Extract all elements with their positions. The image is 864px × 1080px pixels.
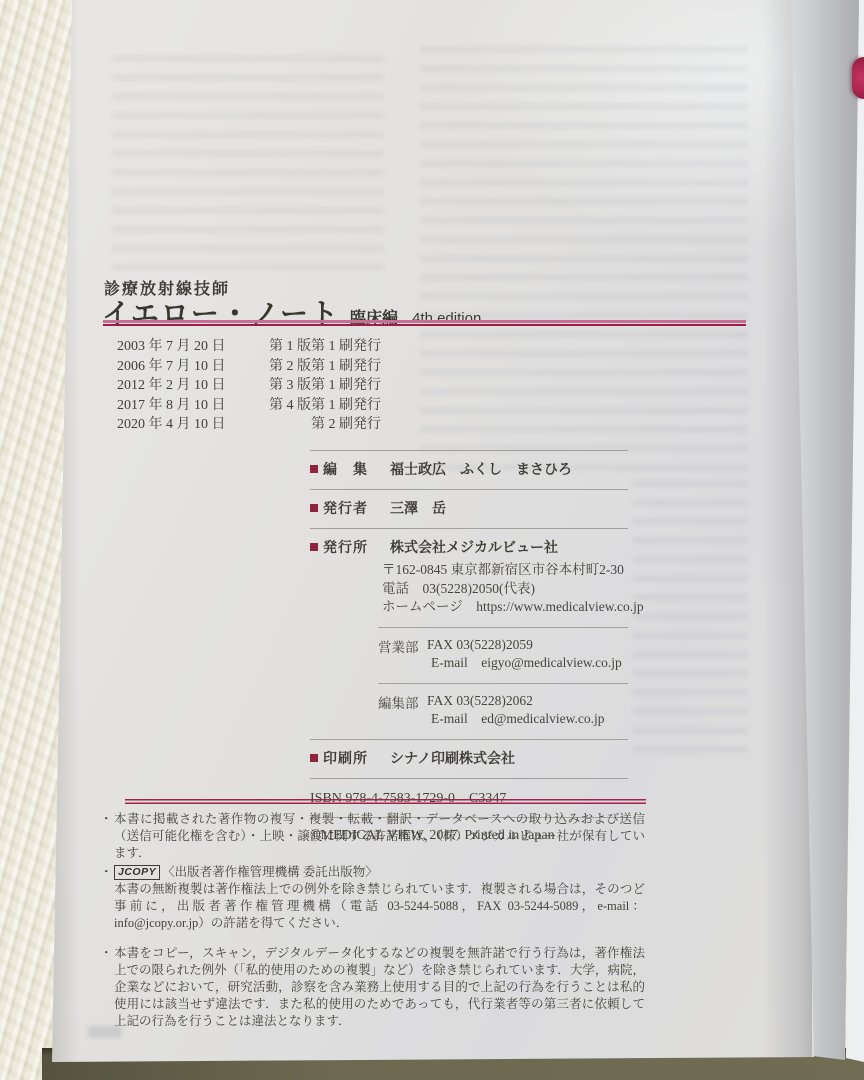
sales-dept-row: 営業部 FAX 03(5228)2059 E-mail eigyo@medica… xyxy=(310,627,628,683)
printer-row: 印刷所 シナノ印刷株式会社 xyxy=(310,739,628,778)
square-bullet-icon xyxy=(310,465,318,473)
square-bullet-icon xyxy=(310,504,318,512)
jcopy-badge: JCOPY xyxy=(114,865,160,880)
square-bullet-icon xyxy=(310,543,318,551)
square-bullet-icon xyxy=(310,754,318,762)
cover-accent-blob xyxy=(852,57,864,99)
publisher-phone: 電話 03(5228)2050(代表) xyxy=(382,580,628,599)
publisher-address: 〒162-0845 東京都新宿区市谷本村町2-30 xyxy=(382,561,628,580)
notice-2-head: 〈出版者著作権管理機構 委託出版物〉 xyxy=(162,865,378,879)
print-history-row: 2006 年 7 月 10 日 第 2 版第 1 刷発行 xyxy=(117,357,381,377)
title-double-rule xyxy=(103,320,746,327)
print-history-row: 2012 年 2 月 10 日 第 3 版第 1 刷発行 xyxy=(117,376,381,396)
notice-3-text: 本書をコピー，スキャン，デジタルデータ化するなどの複製を無許諾で行う行為は，著作… xyxy=(114,946,645,1028)
print-history-row: 2003 年 7 月 20 日 第 1 版第 1 刷発行 xyxy=(117,337,381,357)
publisher-details: 〒162-0845 東京都新宿区市谷本村町2-30 電話 03(5228)205… xyxy=(382,561,628,617)
sales-email: E-mail eigyo@medicalview.co.jp xyxy=(427,654,622,673)
sales-fax: FAX 03(5228)2059 xyxy=(427,636,622,655)
book-page: 診療放射線技師 イエロー・ノート 臨床編 4th edition 2003 年 … xyxy=(0,0,864,1080)
notice-2: ・ JCOPY〈出版者著作権管理機構 委託出版物〉 本書の無断複製は著作権法上で… xyxy=(100,864,645,932)
notice-1: ・ 本書に掲載された著作物の複写・複製・転載・翻訳・データベースへの取り込みおよ… xyxy=(100,811,645,862)
editor-row: 編 集 福士政広 ふくし まさひろ xyxy=(310,450,628,489)
print-history-row: 2017 年 8 月 10 日 第 4 版第 1 刷発行 xyxy=(117,396,381,416)
editorial-fax: FAX 03(5228)2062 xyxy=(427,692,605,711)
notices-section: ・ 本書に掲載された著作物の複写・複製・転載・翻訳・データベースへの取り込みおよ… xyxy=(100,811,645,1032)
notice-2-body: 本書の無断複製は著作権法上での例外を除き禁じられています．複製される場合は，その… xyxy=(114,881,645,932)
colophon-page-content: 診療放射線技師 イエロー・ノート 臨床編 4th edition 2003 年 … xyxy=(0,0,864,1080)
print-history: 2003 年 7 月 20 日 第 1 版第 1 刷発行 2006 年 7 月 … xyxy=(117,337,381,435)
notice-3: ・ 本書をコピー，スキャン，デジタルデータ化するなどの複製を無許諾で行う行為は，… xyxy=(100,945,645,1030)
publisher-homepage: ホームページ https://www.medicalview.co.jp xyxy=(382,598,628,617)
print-history-row: 2020 年 4 月 10 日 第 2 刷発行 xyxy=(117,415,381,435)
publisher-row: 発行所 株式会社メジカルビュー社 〒162-0845 東京都新宿区市谷本村町2-… xyxy=(310,528,628,627)
issuer-row: 発行者 三澤 岳 xyxy=(310,489,628,528)
editorial-dept-row: 編集部 FAX 03(5228)2062 E-mail ed@medicalvi… xyxy=(310,683,628,739)
editorial-email: E-mail ed@medicalview.co.jp xyxy=(427,710,605,729)
colophon-table: 編 集 福士政広 ふくし まさひろ 発行者 三澤 岳 発行所 株式会社メジカルビ… xyxy=(310,450,628,854)
notices-double-rule xyxy=(125,799,646,804)
notice-1-text: 本書に掲載された著作物の複写・複製・転載・翻訳・データベースへの取り込みおよび送… xyxy=(114,812,645,860)
